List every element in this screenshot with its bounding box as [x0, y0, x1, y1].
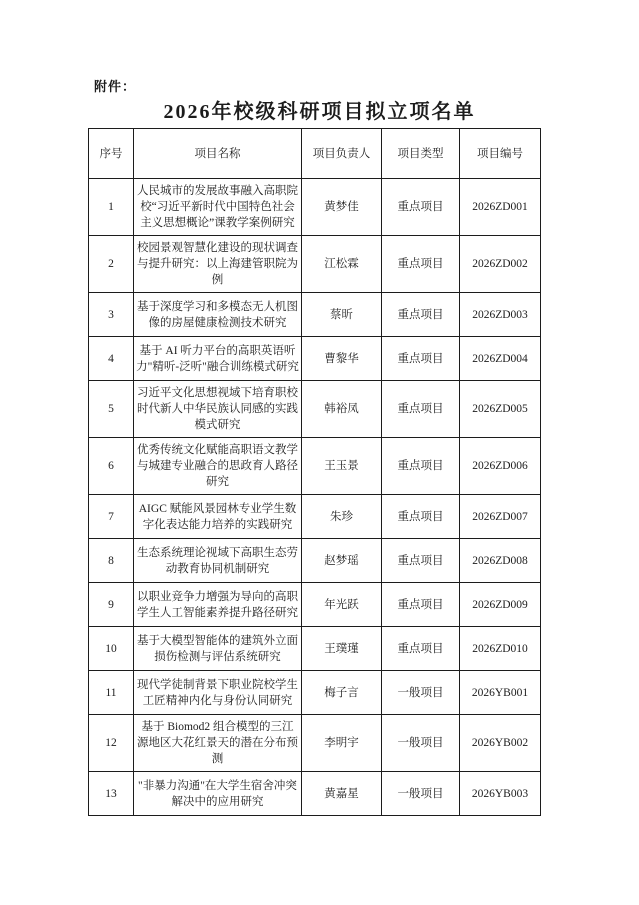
projects-table: 序号 项目名称 项目负责人 项目类型 项目编号 1人民城市的发展故事融入高职院校… — [88, 128, 541, 816]
cell-code: 2026ZD002 — [460, 236, 541, 293]
cell-type: 重点项目 — [382, 179, 460, 236]
col-header-code: 项目编号 — [460, 129, 541, 179]
cell-no: 11 — [89, 671, 134, 715]
cell-no: 3 — [89, 293, 134, 337]
cell-code: 2026ZD008 — [460, 539, 541, 583]
cell-no: 10 — [89, 627, 134, 671]
col-header-name: 项目名称 — [134, 129, 302, 179]
table-row: 2校园景观智慧化建设的现状调查与提升研究：以上海建管职院为例江松霖重点项目202… — [89, 236, 541, 293]
cell-project-name: 以职业竞争力增强为导向的高职学生人工智能素养提升路径研究 — [134, 583, 302, 627]
table-row: 6优秀传统文化赋能高职语文教学与城建专业融合的思政育人路径研究王玉景重点项目20… — [89, 438, 541, 495]
cell-type: 一般项目 — [382, 671, 460, 715]
table-header-row: 序号 项目名称 项目负责人 项目类型 项目编号 — [89, 129, 541, 179]
table-row: 4基于 AI 听力平台的高职英语听力"精听-泛听"融合训练模式研究曹黎华重点项目… — [89, 337, 541, 381]
cell-project-name: 人民城市的发展故事融入高职院校“习近平新时代中国特色社会主义思想概论”课教学案例… — [134, 179, 302, 236]
cell-type: 重点项目 — [382, 495, 460, 539]
col-header-no: 序号 — [89, 129, 134, 179]
cell-type: 重点项目 — [382, 583, 460, 627]
cell-leader: 朱珍 — [302, 495, 382, 539]
cell-type: 重点项目 — [382, 236, 460, 293]
cell-code: 2026ZD001 — [460, 179, 541, 236]
cell-leader: 黄梦佳 — [302, 179, 382, 236]
table-row: 3基于深度学习和多模态无人机图像的房屋健康检测技术研究蔡昕重点项目2026ZD0… — [89, 293, 541, 337]
cell-code: 2026ZD009 — [460, 583, 541, 627]
cell-leader: 梅子言 — [302, 671, 382, 715]
table-row: 7AIGC 赋能风景园林专业学生数字化表达能力培养的实践研究朱珍重点项目2026… — [89, 495, 541, 539]
cell-project-name: 现代学徒制背景下职业院校学生工匠精神内化与身份认同研究 — [134, 671, 302, 715]
col-header-type: 项目类型 — [382, 129, 460, 179]
cell-no: 7 — [89, 495, 134, 539]
cell-project-name: AIGC 赋能风景园林专业学生数字化表达能力培养的实践研究 — [134, 495, 302, 539]
cell-no: 5 — [89, 381, 134, 438]
cell-no: 2 — [89, 236, 134, 293]
table-row: 9以职业竞争力增强为导向的高职学生人工智能素养提升路径研究年光跃重点项目2026… — [89, 583, 541, 627]
attachment-label: 附件： — [94, 76, 136, 95]
cell-no: 1 — [89, 179, 134, 236]
cell-type: 一般项目 — [382, 715, 460, 772]
table-row: 11现代学徒制背景下职业院校学生工匠精神内化与身份认同研究梅子言一般项目2026… — [89, 671, 541, 715]
table-row: 1人民城市的发展故事融入高职院校“习近平新时代中国特色社会主义思想概论”课教学案… — [89, 179, 541, 236]
table-row: 13"非暴力沟通"在大学生宿舍冲突解决中的应用研究黄嘉星一般项目2026YB00… — [89, 772, 541, 816]
cell-type: 重点项目 — [382, 627, 460, 671]
cell-code: 2026ZD004 — [460, 337, 541, 381]
cell-project-name: "非暴力沟通"在大学生宿舍冲突解决中的应用研究 — [134, 772, 302, 816]
cell-code: 2026ZD007 — [460, 495, 541, 539]
table-body: 1人民城市的发展故事融入高职院校“习近平新时代中国特色社会主义思想概论”课教学案… — [89, 179, 541, 816]
cell-no: 12 — [89, 715, 134, 772]
cell-no: 13 — [89, 772, 134, 816]
cell-code: 2026ZD010 — [460, 627, 541, 671]
cell-leader: 黄嘉星 — [302, 772, 382, 816]
cell-leader: 江松霖 — [302, 236, 382, 293]
cell-code: 2026ZD005 — [460, 381, 541, 438]
cell-type: 重点项目 — [382, 293, 460, 337]
cell-no: 9 — [89, 583, 134, 627]
cell-leader: 年光跃 — [302, 583, 382, 627]
cell-leader: 王玉景 — [302, 438, 382, 495]
cell-project-name: 基于深度学习和多模态无人机图像的房屋健康检测技术研究 — [134, 293, 302, 337]
cell-leader: 王璞瑾 — [302, 627, 382, 671]
cell-project-name: 校园景观智慧化建设的现状调查与提升研究：以上海建管职院为例 — [134, 236, 302, 293]
table-row: 5习近平文化思想视域下培育职校时代新人中华民族认同感的实践模式研究韩裕凤重点项目… — [89, 381, 541, 438]
col-header-leader: 项目负责人 — [302, 129, 382, 179]
cell-leader: 曹黎华 — [302, 337, 382, 381]
cell-type: 重点项目 — [382, 337, 460, 381]
table-row: 12基于 Biomod2 组合模型的三江源地区大花红景天的潜在分布预测李明宇一般… — [89, 715, 541, 772]
cell-leader: 赵梦瑶 — [302, 539, 382, 583]
cell-code: 2026YB002 — [460, 715, 541, 772]
cell-project-name: 基于 Biomod2 组合模型的三江源地区大花红景天的潜在分布预测 — [134, 715, 302, 772]
document-page: 附件： 2026年校级科研项目拟立项名单 序号 项目名称 项目负责人 项目类型 … — [0, 0, 639, 905]
cell-project-name: 优秀传统文化赋能高职语文教学与城建专业融合的思政育人路径研究 — [134, 438, 302, 495]
table-row: 10基于大模型智能体的建筑外立面损伤检测与评估系统研究王璞瑾重点项目2026ZD… — [89, 627, 541, 671]
cell-leader: 韩裕凤 — [302, 381, 382, 438]
table-row: 8生态系统理论视域下高职生态劳动教育协同机制研究赵梦瑶重点项目2026ZD008 — [89, 539, 541, 583]
cell-leader: 李明宇 — [302, 715, 382, 772]
cell-code: 2026ZD003 — [460, 293, 541, 337]
cell-project-name: 习近平文化思想视域下培育职校时代新人中华民族认同感的实践模式研究 — [134, 381, 302, 438]
cell-leader: 蔡昕 — [302, 293, 382, 337]
cell-no: 8 — [89, 539, 134, 583]
cell-type: 重点项目 — [382, 539, 460, 583]
page-title: 2026年校级科研项目拟立项名单 — [0, 95, 639, 124]
cell-type: 一般项目 — [382, 772, 460, 816]
cell-code: 2026ZD006 — [460, 438, 541, 495]
cell-type: 重点项目 — [382, 381, 460, 438]
cell-no: 6 — [89, 438, 134, 495]
cell-project-name: 基于 AI 听力平台的高职英语听力"精听-泛听"融合训练模式研究 — [134, 337, 302, 381]
cell-code: 2026YB003 — [460, 772, 541, 816]
cell-project-name: 基于大模型智能体的建筑外立面损伤检测与评估系统研究 — [134, 627, 302, 671]
cell-project-name: 生态系统理论视域下高职生态劳动教育协同机制研究 — [134, 539, 302, 583]
cell-type: 重点项目 — [382, 438, 460, 495]
cell-code: 2026YB001 — [460, 671, 541, 715]
cell-no: 4 — [89, 337, 134, 381]
